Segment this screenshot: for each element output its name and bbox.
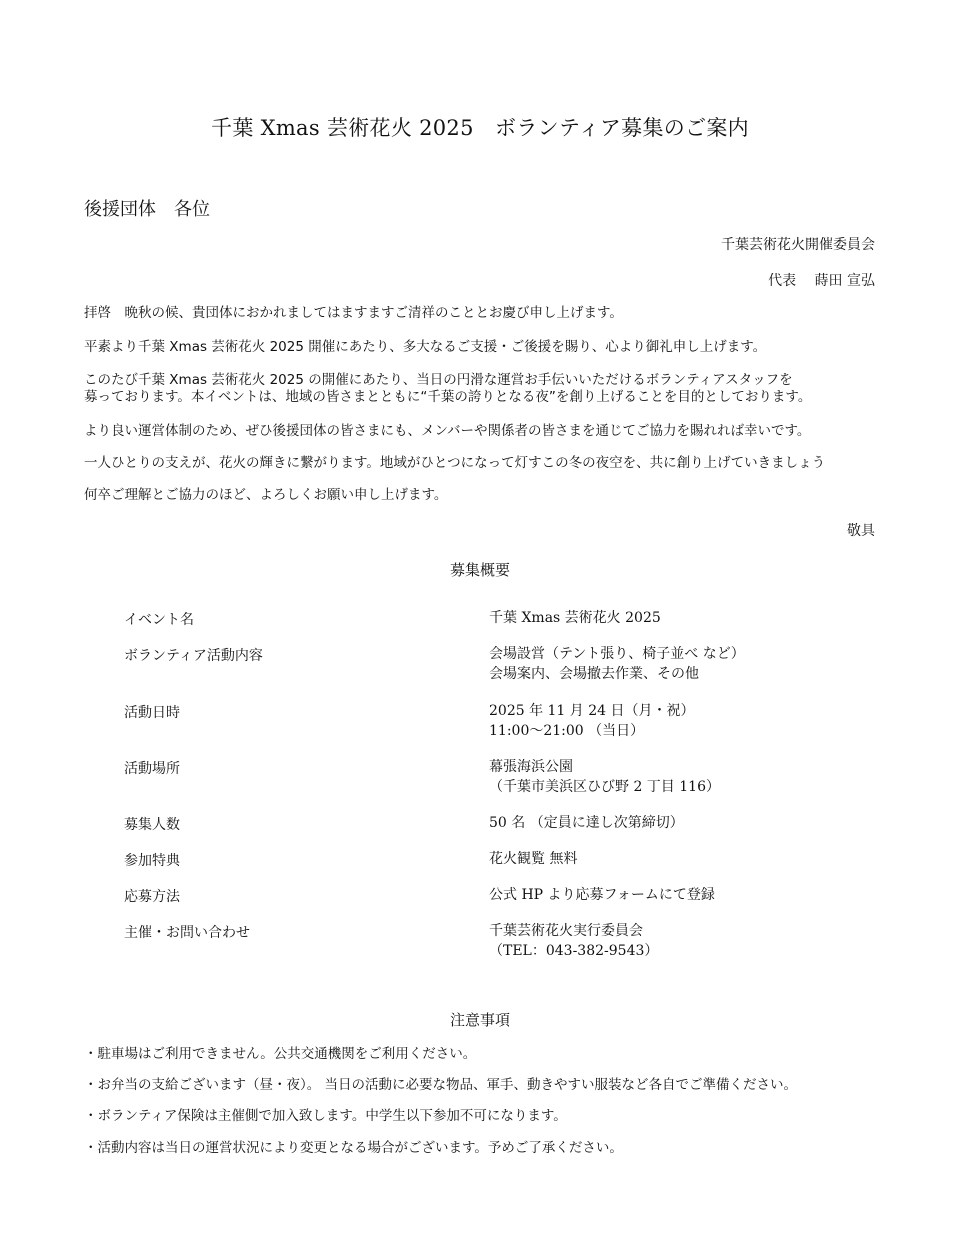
note-item: ・お弁当の支給ございます（昼・夜）。 当日の活動に必要な物品、軍手、動きやすい服… <box>84 1073 797 1093</box>
row-label: 主催・お問い合わせ <box>124 922 250 942</box>
paragraph-line: 平素より千葉 Xmas 芸術花火 2025 開催にあたり、多大なるご支援・ご後援… <box>84 339 766 356</box>
greeting-paragraph: 拝啓 晩秋の候、貴団体におかれましてはますますご清祥のこととお慶び申し上げます。 <box>84 305 623 322</box>
notes-heading: 注意事項 <box>0 1009 960 1030</box>
row-value: 千葉芸術花火実行委員会 （TEL：043-382-9543） <box>489 921 658 961</box>
paragraph-line: 一人ひとりの支えが、花火の輝きに繋がります。地域がひとつになって灯すこの冬の夜空… <box>84 455 825 472</box>
row-value: 幕張海浜公園 （千葉市美浜区ひび野 2 丁目 116） <box>489 757 720 797</box>
thanks-paragraph: 平素より千葉 Xmas 芸術花火 2025 開催にあたり、多大なるご支援・ご後援… <box>84 339 766 356</box>
row-label: 募集人数 <box>124 814 180 834</box>
sender-organization: 千葉芸術花火開催委員会 <box>721 234 875 254</box>
sender-representative: 代表 蒔田 宣弘 <box>768 270 875 290</box>
row-label: 活動日時 <box>124 702 180 722</box>
purpose-paragraph: このたび千葉 Xmas 芸術花火 2025 の開催にあたり、当日の円滑な運営お手… <box>84 372 811 406</box>
addressee: 後援団体 各位 <box>84 195 210 221</box>
row-label: イベント名 <box>124 609 194 629</box>
row-value: 千葉 Xmas 芸術花火 2025 <box>489 608 661 628</box>
paragraph-line: 拝啓 晩秋の候、貴団体におかれましてはますますご清祥のこととお慶び申し上げます。 <box>84 305 623 322</box>
request-paragraph: より良い運営体制のため、ぜひ後援団体の皆さまにも、メンバーや関係者の皆さまを通じ… <box>84 423 810 440</box>
row-value: 50 名 （定員に達し次第締切） <box>489 813 684 833</box>
row-label: 参加特典 <box>124 850 180 870</box>
row-value: 公式 HP より応募フォームにて登録 <box>489 885 715 905</box>
row-value: 花火観覧 無料 <box>489 849 577 869</box>
closing-paragraph: 何卒ご理解とご協力のほど、よろしくお願い申し上げます。 <box>84 487 447 504</box>
paragraph-line: 何卒ご理解とご協力のほど、よろしくお願い申し上げます。 <box>84 487 447 504</box>
paragraph-line: このたび千葉 Xmas 芸術花火 2025 の開催にあたり、当日の円滑な運営お手… <box>84 372 811 389</box>
paragraph-line: より良い運営体制のため、ぜひ後援団体の皆さまにも、メンバーや関係者の皆さまを通じ… <box>84 423 810 440</box>
row-label: 活動場所 <box>124 758 180 778</box>
note-item: ・ボランティア保険は主催側で加入致します。中学生以下参加不可になります。 <box>84 1104 567 1124</box>
row-value: 2025 年 11 月 24 日（月・祝） 11:00～21:00 （当日） <box>489 701 695 741</box>
note-item: ・駐車場はご利用できません。公共交通機関をご利用ください。 <box>84 1042 476 1062</box>
closing-salutation: 敬具 <box>847 520 875 540</box>
overview-heading: 募集概要 <box>0 559 960 580</box>
row-label: ボランティア活動内容 <box>124 645 263 665</box>
paragraph-line: 募っております。本イベントは、地域の皆さまとともに“千葉の誇りとなる夜”を創り上… <box>84 389 811 406</box>
appeal-paragraph: 一人ひとりの支えが、花火の輝きに繋がります。地域がひとつになって灯すこの冬の夜空… <box>84 455 825 472</box>
document-title: 千葉 Xmas 芸術花火 2025 ボランティア募集のご案内 <box>0 112 960 142</box>
note-item: ・活動内容は当日の運営状況により変更となる場合がございます。予めご了承ください。 <box>84 1136 623 1156</box>
row-label: 応募方法 <box>124 886 180 906</box>
row-value: 会場設営（テント張り、椅子並べ など） 会場案内、会場撤去作業、その他 <box>489 644 745 684</box>
